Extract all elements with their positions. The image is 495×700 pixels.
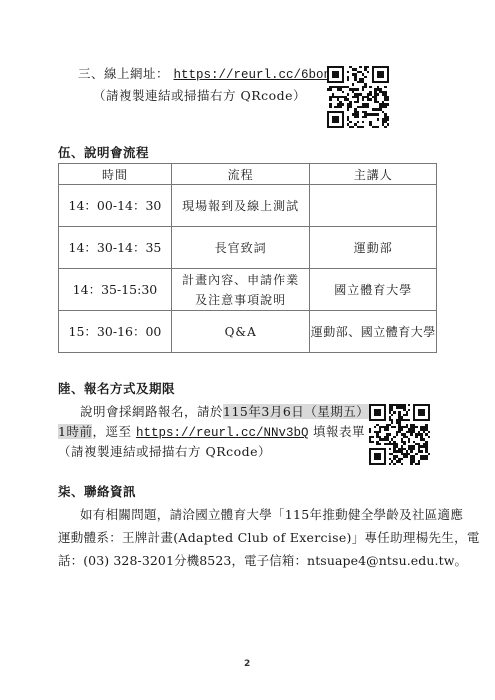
row-speaker: 國立體育大學 [310,269,437,311]
online-url-note: （請複製連結或掃描右方 QRcode） [93,88,306,104]
row-time: 15：30-16：00 [59,311,172,353]
header-time: 時間 [59,164,172,185]
schedule-table: 時間 流程 主講人 14：00-14：30 現場報到及線上測試 14：30-14… [58,163,437,353]
online-url-label: 三、線上網址： [78,66,169,81]
row-time: 14：30-14：35 [59,227,172,269]
section7-heading: 柒、聯絡資訊 [58,484,136,500]
contact-line-3: 話：(03) 328-3201分機8523，電子信箱：ntsuape4@ntsu… [58,553,467,569]
header-speaker: 主講人 [310,164,437,185]
row-time: 14：00-14：30 [59,185,172,227]
registration-line-2: 1時前，逕至 https://reurl.cc/NNv3bQ 填報表單 [58,424,365,441]
contact-line-1: 如有相關問題，請洽國立體育大學「115年推動健全學齡及社區適應 [80,507,463,523]
row-flow: 計畫內容、申請作業 及注意事項說明 [171,269,310,311]
online-url-line: 三、線上網址： https://reurl.cc/6bonkr [78,66,346,83]
online-url-link[interactable]: https://reurl.cc/6bonkr [174,68,347,82]
registration-text: 說明會採網路報名，請於 [80,404,223,419]
registration-note: （請複製連結或掃描右方 QRcode） [58,444,271,460]
page-number: 2 [244,659,250,669]
table-row: 14：35-15:30 計畫內容、申請作業 及注意事項說明 國立體育大學 [59,269,437,311]
section6-heading: 陸、報名方式及期限 [58,381,175,397]
row-time: 14：35-15:30 [59,269,172,311]
table-row: 15：30-16：00 Q&A 運動部、國立體育大學 [59,311,437,353]
table-row: 14：00-14：30 現場報到及線上測試 [59,185,437,227]
registration-line-1: 說明會採網路報名，請於115年3月6日（星期五）下午 [80,404,395,420]
row-flow-line: 計畫內容、申請作業 [172,270,310,290]
registration-text: ，逕至 [92,424,131,439]
table-header-row: 時間 流程 主講人 [59,164,437,185]
row-speaker: 運動部 [310,227,437,269]
registration-text: 填報表單 [313,424,365,439]
table-row: 14：30-14：35 長官致詞 運動部 [59,227,437,269]
qr-code-icon [369,404,430,465]
row-flow-line: 及注意事項說明 [172,290,310,310]
contact-line-2: 運動體系：王牌計畫(Adapted Club of Exercise)」專任助理… [58,530,480,546]
row-flow: 長官致詞 [171,227,310,269]
header-flow: 流程 [171,164,310,185]
row-flow: Q&A [171,311,310,353]
qr-code-icon [327,66,389,128]
section5-heading: 伍、說明會流程 [58,145,149,161]
row-speaker [310,185,437,227]
deadline-highlight: 1時前 [58,424,92,439]
row-flow: 現場報到及線上測試 [171,185,310,227]
row-speaker: 運動部、國立體育大學 [310,311,437,353]
registration-url-link[interactable]: https://reurl.cc/NNv3bQ [136,426,309,440]
